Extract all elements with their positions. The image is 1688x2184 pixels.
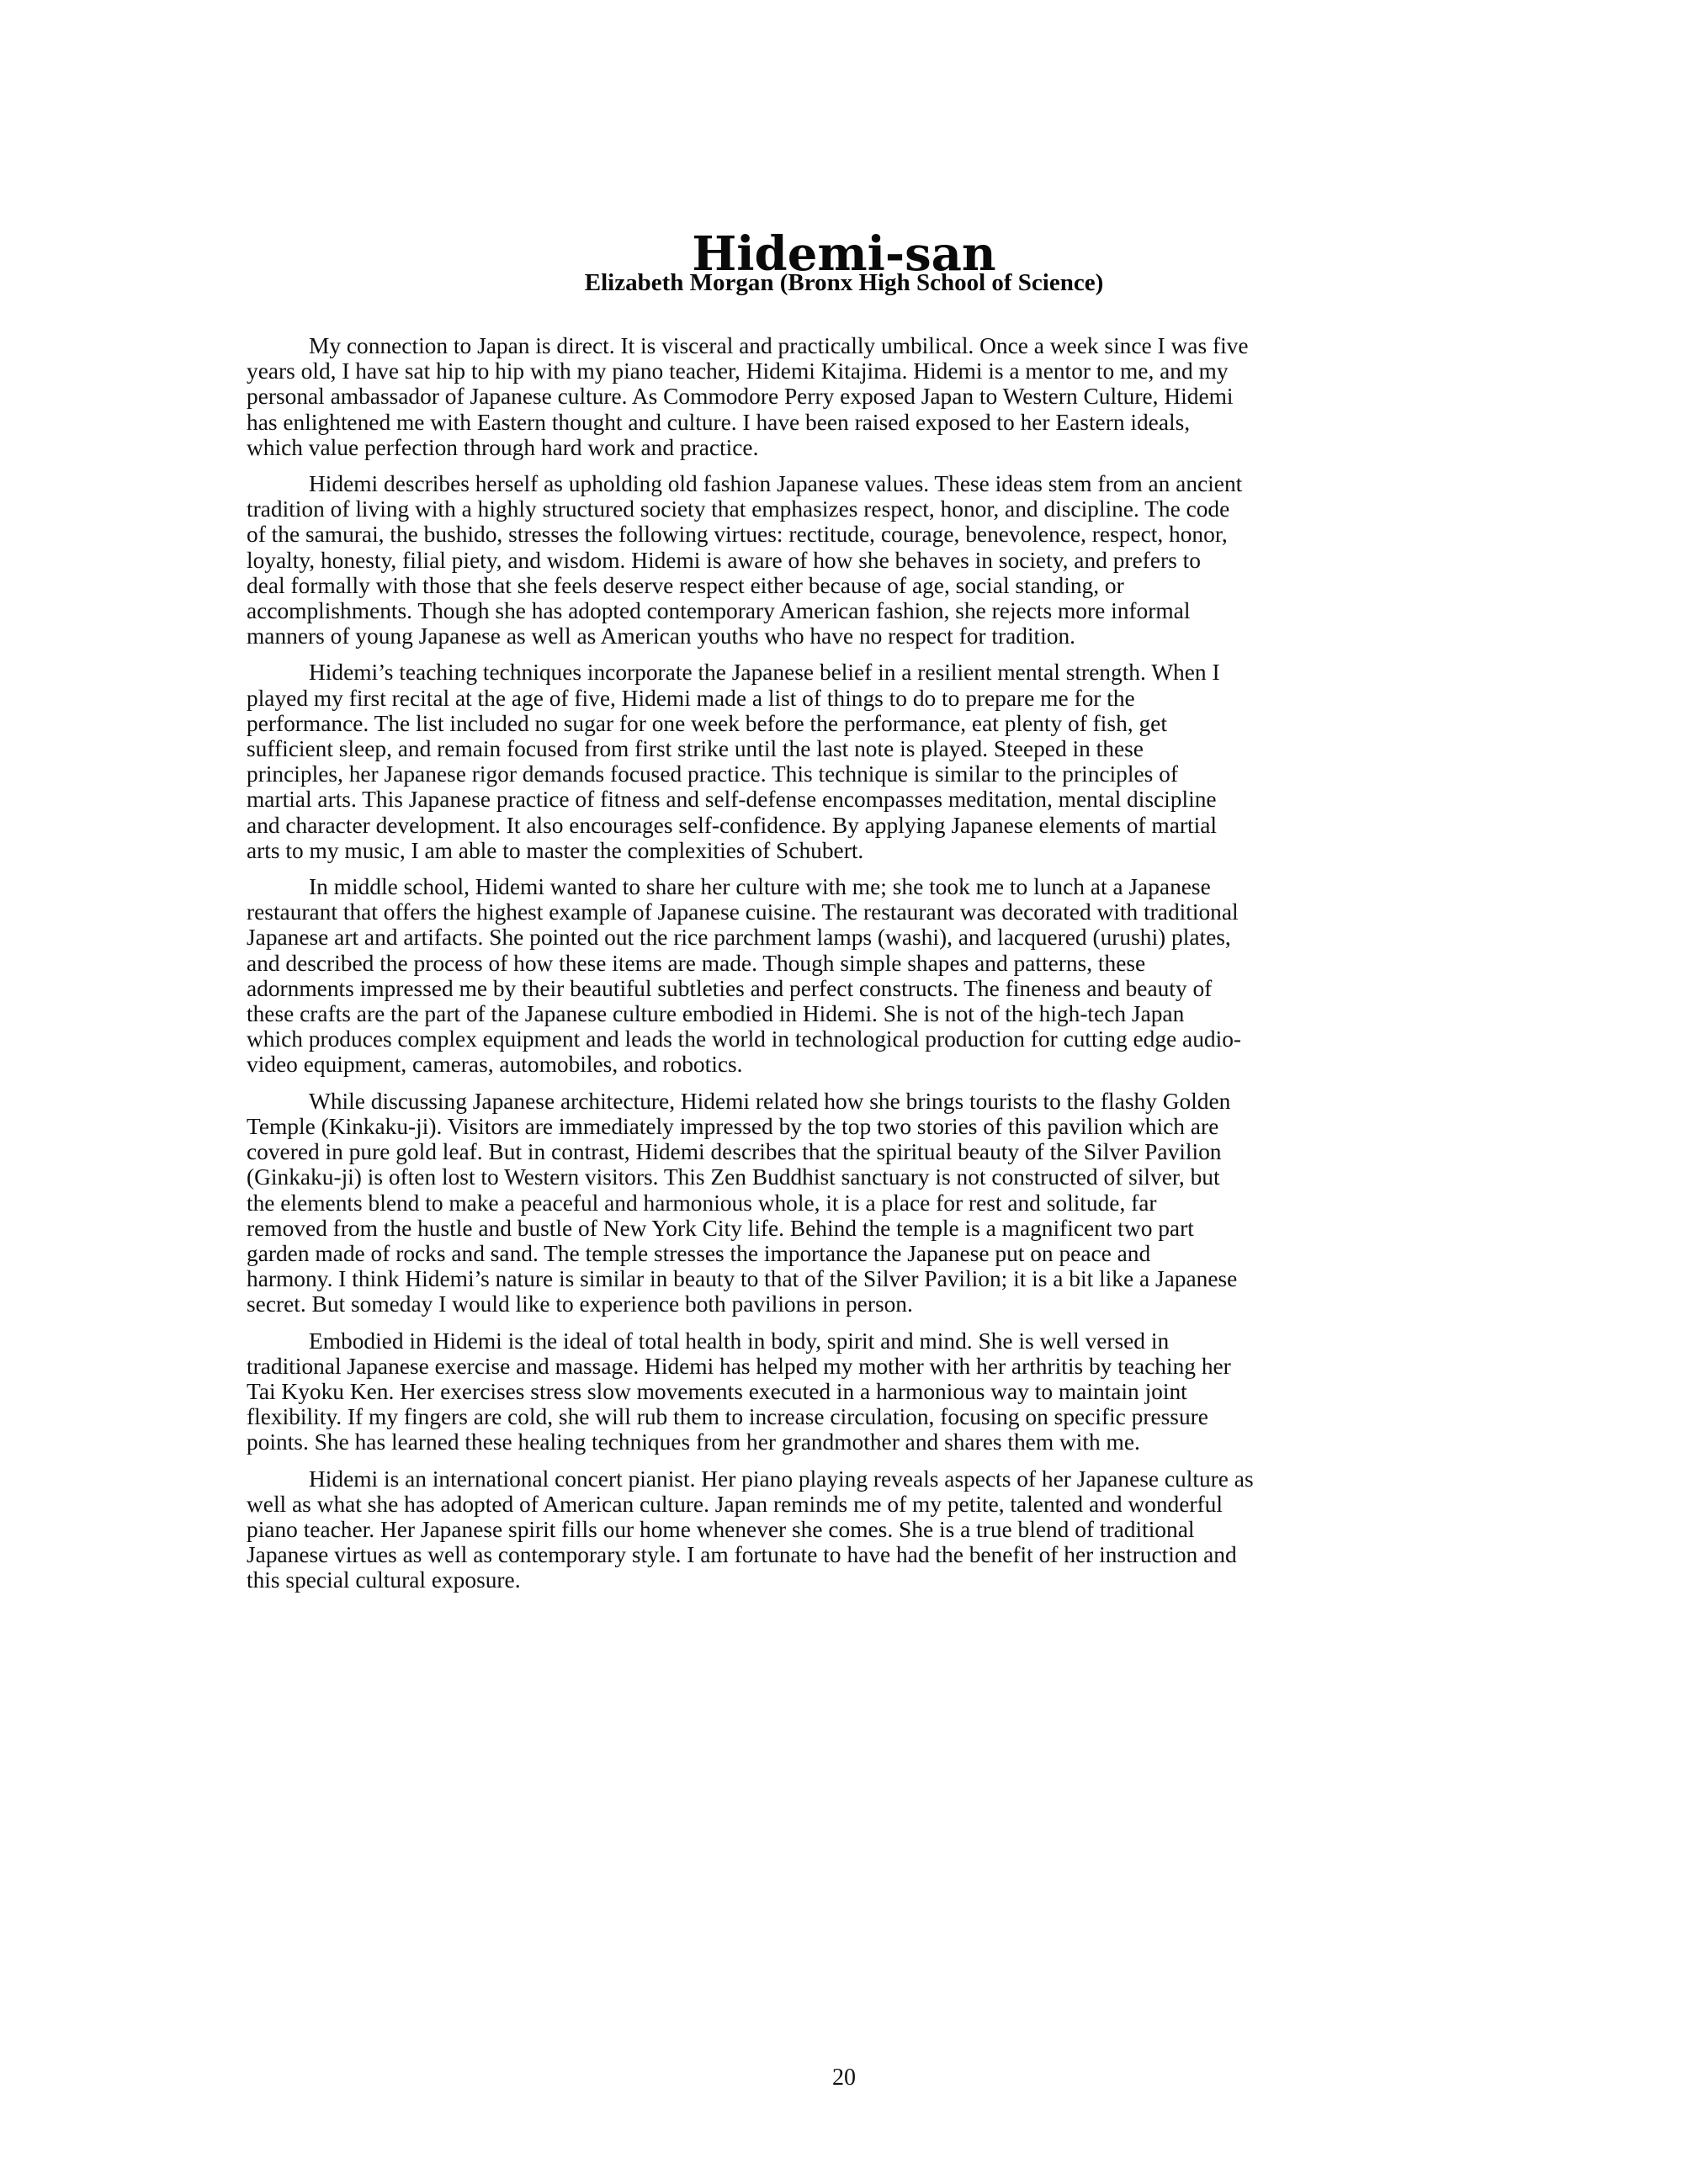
essay-body: My connection to Japan is direct. It is …	[247, 333, 1441, 1604]
text-line: Temple (Kinkaku-ji). Visitors are immedi…	[247, 1114, 1441, 1139]
text-line: which produces complex equipment and lea…	[247, 1026, 1441, 1052]
text-line: piano teacher. Her Japanese spirit fills…	[247, 1517, 1441, 1542]
text-line: Hidemi describes herself as upholding ol…	[247, 471, 1441, 496]
text-line: well as what she has adopted of American…	[247, 1492, 1441, 1517]
text-line: has enlightened me with Eastern thought …	[247, 410, 1441, 435]
text-line: and described the process of how these i…	[247, 951, 1441, 976]
text-line: covered in pure gold leaf. But in contra…	[247, 1139, 1441, 1164]
text-line: removed from the hustle and bustle of Ne…	[247, 1216, 1441, 1241]
text-line: principles, her Japanese rigor demands f…	[247, 761, 1441, 787]
paragraph-2: Hidemi describes herself as upholding ol…	[247, 471, 1441, 649]
paragraph-5: While discussing Japanese architecture, …	[247, 1089, 1441, 1317]
text-line: flexibility. If my fingers are cold, she…	[247, 1404, 1441, 1429]
text-line: these crafts are the part of the Japanes…	[247, 1001, 1441, 1026]
text-line: Hidemi is an international concert piani…	[247, 1466, 1441, 1492]
text-line: Japanese art and artifacts. She pointed …	[247, 925, 1441, 950]
text-line: points. She has learned these healing te…	[247, 1429, 1441, 1455]
author-line: Elizabeth Morgan (Bronx High School of S…	[0, 268, 1688, 298]
text-line: harmony. I think Hidemi’s nature is simi…	[247, 1266, 1441, 1291]
text-line: garden made of rocks and sand. The templ…	[247, 1241, 1441, 1266]
text-line: sufficient sleep, and remain focused fro…	[247, 736, 1441, 761]
text-line: Hidemi’s teaching techniques incorporate…	[247, 660, 1441, 685]
text-line: secret. But someday I would like to expe…	[247, 1291, 1441, 1317]
paragraph-1: My connection to Japan is direct. It is …	[247, 333, 1441, 460]
paragraph-7: Hidemi is an international concert piani…	[247, 1466, 1441, 1593]
paragraph-3: Hidemi’s teaching techniques incorporate…	[247, 660, 1441, 863]
text-line: traditional Japanese exercise and massag…	[247, 1354, 1441, 1379]
document-page: Hidemi-san Elizabeth Morgan (Bronx High …	[0, 0, 1688, 2184]
text-line: adornments impressed me by their beautif…	[247, 976, 1441, 1001]
text-line: years old, I have sat hip to hip with my…	[247, 358, 1441, 384]
text-line: accomplishments. Though she has adopted …	[247, 598, 1441, 623]
page-number: 20	[0, 2064, 1688, 2092]
text-line: While discussing Japanese architecture, …	[247, 1089, 1441, 1114]
text-line: Embodied in Hidemi is the ideal of total…	[247, 1328, 1441, 1354]
text-line: the elements blend to make a peaceful an…	[247, 1190, 1441, 1216]
paragraph-4: In middle school, Hidemi wanted to share…	[247, 874, 1441, 1078]
text-line: loyalty, honesty, filial piety, and wisd…	[247, 548, 1441, 573]
text-line: martial arts. This Japanese practice of …	[247, 787, 1441, 812]
text-line: My connection to Japan is direct. It is …	[247, 333, 1441, 358]
text-line: In middle school, Hidemi wanted to share…	[247, 874, 1441, 899]
text-line: performance. The list included no sugar …	[247, 711, 1441, 736]
text-line: (Ginkaku-ji) is often lost to Western vi…	[247, 1164, 1441, 1190]
text-line: arts to my music, I am able to master th…	[247, 838, 1441, 863]
text-line: deal formally with those that she feels …	[247, 573, 1441, 598]
text-line: and character development. It also encou…	[247, 813, 1441, 838]
text-line: Tai Kyoku Ken. Her exercises stress slow…	[247, 1379, 1441, 1404]
text-line: restaurant that offers the highest examp…	[247, 899, 1441, 925]
text-line: this special cultural exposure.	[247, 1567, 1441, 1593]
text-line: video equipment, cameras, automobiles, a…	[247, 1052, 1441, 1077]
text-line: Japanese virtues as well as contemporary…	[247, 1542, 1441, 1567]
text-line: personal ambassador of Japanese culture.…	[247, 384, 1441, 409]
text-line: of the samurai, the bushido, stresses th…	[247, 522, 1441, 547]
text-line: tradition of living with a highly struct…	[247, 496, 1441, 522]
text-line: played my first recital at the age of fi…	[247, 686, 1441, 711]
text-line: which value perfection through hard work…	[247, 435, 1441, 460]
text-line: manners of young Japanese as well as Ame…	[247, 623, 1441, 649]
paragraph-6: Embodied in Hidemi is the ideal of total…	[247, 1328, 1441, 1455]
